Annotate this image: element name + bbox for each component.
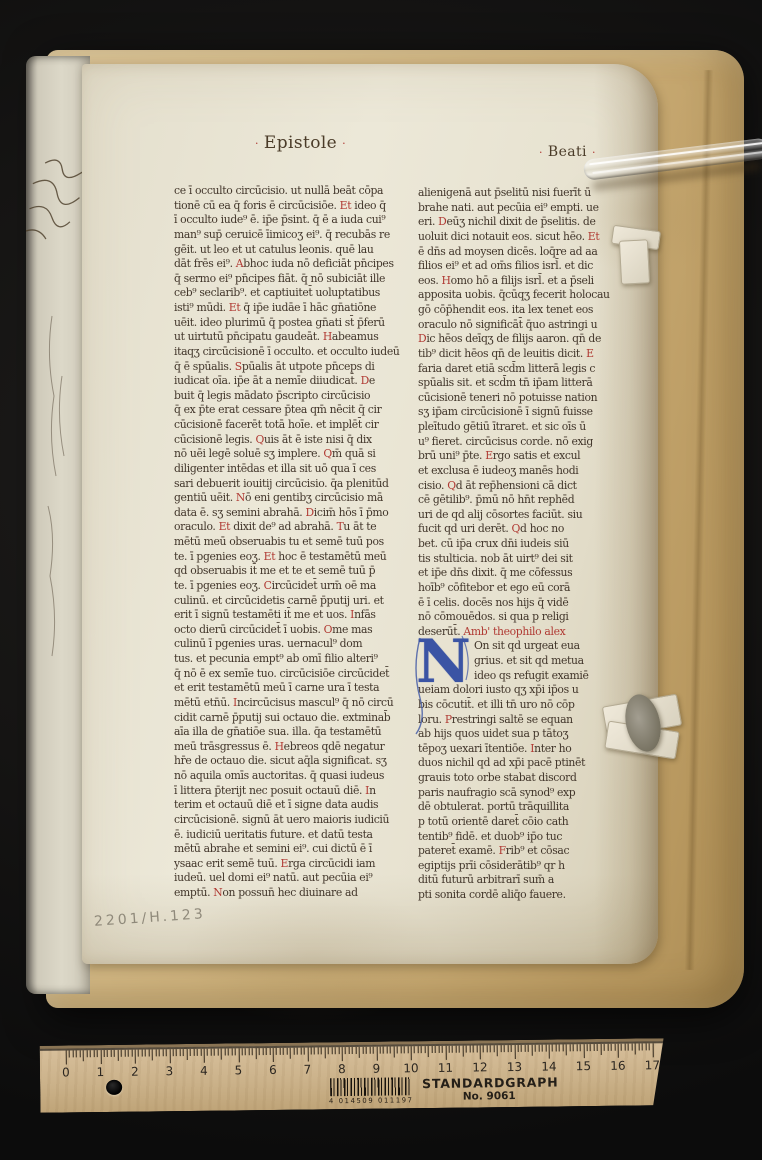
body-text: oraculo. xyxy=(174,520,219,533)
ruler-tick xyxy=(631,1044,632,1051)
manuscript-line: cisio. Qd āt rep̄hensioni cā dict xyxy=(418,479,646,494)
ruler-tick xyxy=(259,1048,260,1055)
ruler-tick xyxy=(117,1050,118,1061)
ruler-tick xyxy=(431,1046,432,1053)
ruler-tick xyxy=(317,1047,318,1054)
ruler-tick xyxy=(476,1045,477,1052)
body-text: fucit qd uri derēt. xyxy=(418,522,512,535)
rubricated-text: Et xyxy=(219,520,231,533)
body-text: rgo satis et excul xyxy=(493,449,581,462)
ruler-tick xyxy=(583,1044,584,1058)
ruler-tick xyxy=(462,1046,463,1057)
ruler-tick xyxy=(169,1049,170,1063)
ruler-tick xyxy=(490,1045,491,1052)
ruler-tick xyxy=(321,1047,322,1054)
ruler-tick xyxy=(283,1048,284,1055)
rubricated-text: Q xyxy=(447,479,456,492)
ruler-tick xyxy=(107,1050,108,1057)
ruler-tick xyxy=(614,1044,615,1051)
ruler-tick xyxy=(604,1044,605,1051)
manuscript-line: ut uirtutū pn̄cipatu gaudeāt. Habeamus xyxy=(174,330,407,345)
rubricated-text: E xyxy=(586,347,594,360)
manuscript-line: hr̄e de octauo die. sicut aq̄la signific… xyxy=(174,754,407,769)
manuscript-line: nō cōmouēdos. si qua p religi xyxy=(418,610,646,625)
ruler-tick xyxy=(238,1048,239,1062)
ruler-tick xyxy=(500,1045,501,1052)
ruler-tick xyxy=(393,1046,394,1057)
body-text: oraculo nō significāt̄ q̄uo astringi u xyxy=(418,318,597,331)
ruler-tick xyxy=(521,1045,522,1052)
rubricated-text: E xyxy=(281,857,289,870)
manuscript-line: uri de qd alij cōsortes faciūt. siu xyxy=(418,508,646,523)
ruler-tick xyxy=(480,1045,481,1059)
ruler-tick xyxy=(483,1045,484,1052)
ruler-tick xyxy=(459,1046,460,1053)
rubricated-text: F xyxy=(499,844,506,857)
ruler-tick xyxy=(597,1044,598,1051)
rubricated-text: H xyxy=(442,274,451,287)
text-column-right: alienigenā aut p̄selitū nisi fuerīt ūbra… xyxy=(418,186,646,918)
body-text: buit q̄ legis mādato p̄scripto circūcisi… xyxy=(174,389,370,402)
manuscript-line: cūcisionē legis. Quis āt ē iste nisi q̄ … xyxy=(174,433,407,448)
ruler-tick xyxy=(148,1049,149,1056)
body-text: ncircūcisus mascul⁹ q̄ nō circū xyxy=(237,696,393,709)
body-text: circūcisionē. signū āt uero maioris iudi… xyxy=(174,813,389,826)
body-text: ceb⁹ seclarib⁹. et captiuitet̄ uoluptati… xyxy=(174,286,380,299)
ruler-tick xyxy=(186,1049,187,1060)
ruler-tick xyxy=(307,1048,308,1062)
ruler-tick xyxy=(511,1045,512,1052)
ruler-tick xyxy=(569,1044,570,1051)
ruler-tick xyxy=(269,1048,270,1055)
manuscript-line: nō uēi legē soluē sʒ implere. Qm̄ quā si xyxy=(174,447,407,462)
body-text: q̄ ip̄e iudāe ī hāc gn̄atiōne xyxy=(240,301,376,314)
ruler-tick xyxy=(76,1050,77,1057)
ruler-tick xyxy=(155,1049,156,1056)
manuscript-line: circūcisionē. signū āt uero maioris iudi… xyxy=(174,813,407,828)
ruler-tick xyxy=(152,1049,153,1060)
body-text: q̄ nō ē ex semīe tuo. circūcisiōe circūc… xyxy=(174,667,389,680)
ruler-tick xyxy=(369,1047,370,1054)
ruler-tick xyxy=(207,1049,208,1056)
ruler-tick xyxy=(607,1044,608,1051)
ruler-tick xyxy=(635,1044,636,1055)
running-title-text: Epistole xyxy=(264,133,337,153)
manuscript-line: emptū. Non possun̄ hec diuinare ad xyxy=(174,886,407,901)
manuscript-line: ysaac erit semē tuū. Erga circūcidi iam xyxy=(174,857,407,872)
ruler-tick xyxy=(455,1046,456,1053)
ruler-cm-number: 10 xyxy=(403,1061,418,1075)
manuscript-line: te. ī pgenies eoʒ. Et hoc ē testamētū me… xyxy=(174,550,407,565)
ruler-tick xyxy=(211,1049,212,1056)
ruler-tick xyxy=(93,1050,94,1057)
ruler-tick xyxy=(280,1048,281,1055)
ruler-tick xyxy=(66,1050,67,1064)
ruler-tick xyxy=(528,1045,529,1052)
ruler-tick xyxy=(493,1045,494,1052)
body-text: cisio. xyxy=(418,479,447,492)
manuscript-line: Dic hēos deīqʒ de filijs aaron. qn̄ de xyxy=(418,332,646,347)
manuscript-line: grius. et sit qd metua xyxy=(474,654,646,669)
body-text: on possun̄ hec diuinare ad xyxy=(222,886,357,899)
manuscript-line: cūcisionē teneri nō potuisse nation xyxy=(418,391,646,406)
body-text: hr̄e de octauo die. sicut aq̄la signific… xyxy=(174,754,387,767)
ruler-tick xyxy=(524,1045,525,1052)
ruler-tick xyxy=(217,1049,218,1056)
manuscript-line: tus. et pecunia empt⁹ ab omī filio alter… xyxy=(174,652,407,667)
ruler-tick xyxy=(286,1048,287,1055)
body-text: loru. xyxy=(418,713,445,726)
ruler-cm-number: 3 xyxy=(166,1064,174,1078)
ruler-tick xyxy=(345,1047,346,1054)
ruler-tick xyxy=(621,1044,622,1051)
manuscript-line: tib⁹ dicit hēos qn̄ de leuitis dicit. E xyxy=(418,347,646,362)
body-text: mētū meū obseruabis tu et semē tuū pos xyxy=(174,535,384,548)
ruler-tick xyxy=(435,1046,436,1053)
ruler-tick xyxy=(311,1047,312,1054)
manuscript-line: cūcisionē facerēt totā hoīe. et implēt̄ … xyxy=(174,418,407,433)
ruler-tick xyxy=(590,1044,591,1051)
body-text: abeamus xyxy=(332,330,378,343)
ruler-tick xyxy=(352,1047,353,1054)
ruler-tick xyxy=(193,1049,194,1056)
manuscript-line: gentiū uēit. Nō eni gentibʒ circūcisio m… xyxy=(174,491,407,506)
body-text: uēit. ideo plurimū q̄ postea gn̄ati st̄ … xyxy=(174,316,385,329)
manuscript-line: hoīb⁹ cōfitebor et ego eū corā xyxy=(418,581,646,596)
ruler-tick xyxy=(135,1050,136,1064)
body-text: ideo qs refugit examiē xyxy=(474,669,589,682)
manuscript-line: diligenter intēdas et illa sit uō qua ī … xyxy=(174,462,407,477)
ruler-tick xyxy=(162,1049,163,1056)
rubricated-text: N xyxy=(236,491,245,504)
body-text: qd obseruabis it̄ me et te et semē tuū p… xyxy=(174,564,375,577)
body-text: tus. et pecunia empt⁹ ab omī filio alter… xyxy=(174,652,378,665)
body-text: hoc ē testamētū meū xyxy=(275,550,386,563)
ruler-tick xyxy=(376,1047,377,1061)
ruler-tick xyxy=(176,1049,177,1056)
ruler-tick xyxy=(518,1045,519,1052)
rubricated-text: O xyxy=(324,623,333,636)
ruler-tick xyxy=(452,1046,453,1053)
body-text: pti sonita cordē aliq̄o fauere. xyxy=(418,888,566,901)
manuscript-line: isti⁹ mūdi. Et q̄ ip̄e iudāe ī hāc gn̄at… xyxy=(174,301,407,316)
ruler-cm-number: 13 xyxy=(507,1060,522,1074)
manuscript-line: faria daret etiā scd̄m litterā legis c xyxy=(418,362,646,377)
body-text: uis āt ē iste nisi q̄ dix xyxy=(264,433,372,446)
manuscript-line: brahe nati. aut pecūia ei⁹ empti. ue xyxy=(418,201,646,216)
ruler-tick xyxy=(366,1047,367,1054)
manuscript-line: ē ī celis. docēs nos hijs q̄ vidē xyxy=(418,596,646,611)
ruler-tick xyxy=(349,1047,350,1054)
rubricated-text: S xyxy=(235,360,242,373)
body-text: tionē cū ea q̄ foris ē circūcisiōe. xyxy=(174,199,340,212)
ruler-tick xyxy=(531,1045,532,1056)
ruler-tick xyxy=(373,1047,374,1054)
ruler-tick xyxy=(407,1046,408,1053)
body-text: ut uirtutū pn̄cipatu gaudeāt. xyxy=(174,330,323,343)
ruler-tick xyxy=(390,1047,391,1054)
ruler-tick xyxy=(197,1049,198,1056)
ruler-tick xyxy=(104,1050,105,1057)
body-text: hoīb⁹ cōfitebor et ego eū corā xyxy=(418,581,570,594)
ruler-cm-number: 8 xyxy=(338,1062,346,1076)
ruler-tick xyxy=(293,1048,294,1055)
ruler-tick xyxy=(386,1047,387,1054)
manuscript-line: mētū meū obseruabis tu et semē tuū pos xyxy=(174,535,407,550)
ruler-tick xyxy=(355,1047,356,1054)
ruler-tick xyxy=(124,1050,125,1057)
manuscript-line: paris naufragio scā synod⁹ exp xyxy=(418,786,646,801)
body-text: ircūcidet̄ urm̄ oē ma xyxy=(272,579,376,592)
ruler-tick xyxy=(131,1050,132,1057)
ruler-tick xyxy=(190,1049,191,1056)
manuscript-line: man⁹ sup̄ ceruicē īimicoʒ ei⁹. q̄ recubā… xyxy=(174,228,407,243)
ruler-tick xyxy=(97,1050,98,1057)
ruler-tick xyxy=(79,1050,80,1057)
body-text: omo hō a filijs isrl̄. et a p̄seli xyxy=(451,274,594,287)
ruler-tick xyxy=(145,1050,146,1057)
body-text: erit ī signū testamēti it̄ me et uos. xyxy=(174,608,350,621)
manuscript-line: q̄ nō ē ex semīe tuo. circūcisiōe circūc… xyxy=(174,667,407,682)
body-text: brū uni⁹ p̄te. xyxy=(418,449,485,462)
manuscript-line: eos. Homo hō a filijs isrl̄. et a p̄seli xyxy=(418,274,646,289)
body-text: bhoc iuda nō deficiāt pn̄cipes xyxy=(243,257,393,270)
manuscript-line: tentib⁹ fidē. et duob⁹ ip̄o tuc xyxy=(418,830,646,845)
body-text: On sit qd urgeat eua xyxy=(474,639,580,652)
ruler-tick xyxy=(73,1050,74,1057)
text-column-left: ce ī occulto circūcisio. ut nullā beāt c… xyxy=(174,184,407,906)
manuscript-line: egiptijs prīi cōsiderātib⁹ qr h xyxy=(418,859,646,874)
ruler: 01234567891011121314151617 4 014509 0111… xyxy=(40,1038,665,1113)
body-text: ideo q̄ xyxy=(351,199,386,212)
body-text: bet. cū ip̄a crux dn̄i iudeis siū xyxy=(418,537,569,550)
body-text: terim et octauū diē et ī signe data audi… xyxy=(174,798,378,811)
body-text: et erit testamētū meū ī carne ura ī test… xyxy=(174,681,379,694)
body-text: data ē. sʒ semini abrahā. xyxy=(174,506,305,519)
manuscript-line: culinū. et circūcidetis carnē p̄putij ur… xyxy=(174,594,407,609)
body-text: diligenter intēdas et illa sit uō qua ī … xyxy=(174,462,376,475)
body-text: nō uēi legē soluē sʒ implere. xyxy=(174,447,323,460)
ruler-tick xyxy=(600,1044,601,1055)
ruler-tick xyxy=(173,1049,174,1056)
rubricated-text: Et xyxy=(229,301,241,314)
rubricated-text: D xyxy=(305,506,313,519)
body-text: tēpoʒ uexari ītentiōe. xyxy=(418,742,530,755)
body-text: pateret̄ examē. xyxy=(418,844,499,857)
ruler-tick xyxy=(428,1046,429,1057)
manuscript-line: et ip̄e dn̄s dixit. q̄ me cōfessus xyxy=(418,566,646,581)
body-text: u āt te xyxy=(343,520,376,533)
photo-backdrop: ·Epistole· ·Beati· ce ī occulto circūcis… xyxy=(0,0,762,1160)
ruler-tick xyxy=(421,1046,422,1053)
body-text: paris naufragio scā synod⁹ exp xyxy=(418,786,575,799)
body-text: ce ī occulto circūcisio. ut nullā beāt c… xyxy=(174,184,383,197)
manuscript-line: dē obtulerat. portū trāquillita xyxy=(418,800,646,815)
ruler-tick xyxy=(224,1049,225,1056)
body-text: apposita uobis. q̄cūqʒ fecerit holocau xyxy=(418,288,610,301)
ruler-tick xyxy=(266,1048,267,1055)
body-text: nfās xyxy=(354,608,376,621)
manuscript-line: aīa illa de gn̄atiōe sua. illa. q̄a test… xyxy=(174,725,407,740)
ruler-tick xyxy=(566,1044,567,1055)
manuscript-line: gēit. ut leo et ut catulus leonis. quē l… xyxy=(174,243,407,258)
manuscript-line: sari debuerit iouitij circūcisio. q̄a pl… xyxy=(174,477,407,492)
rubricated-text: P xyxy=(445,713,452,726)
ruler-tick xyxy=(556,1044,557,1051)
body-text: uoluit dici notauit eos. sicut hēo. xyxy=(418,230,588,243)
ruler-cm-number: 4 xyxy=(200,1064,208,1078)
ruler-tick xyxy=(335,1047,336,1054)
ruler-tick xyxy=(424,1046,425,1053)
manuscript-line: spūalis sit. et scd̄m tn̄ ip̄am litterā xyxy=(418,376,646,391)
ruler-tick xyxy=(552,1045,553,1052)
ruler-tick xyxy=(445,1046,446,1060)
body-text: et ip̄e dn̄s dixit. q̄ me cōfessus xyxy=(418,566,572,579)
ruler-tick xyxy=(128,1050,129,1057)
manuscript-line: uēit. ideo plurimū q̄ postea gn̄ati st̄ … xyxy=(174,316,407,331)
ruler-tick xyxy=(638,1043,639,1050)
body-text: icim̄ hōs ī p̄mo xyxy=(314,506,389,519)
ruler-tick xyxy=(397,1046,398,1053)
body-text: dāt frēs ei⁹. xyxy=(174,257,236,270)
rubricated-text: Et xyxy=(588,230,600,243)
ruler-tick xyxy=(86,1050,87,1057)
ruler-cm-number: 2 xyxy=(131,1065,139,1079)
manuscript-line: meū trāsgressus ē. Hebreos qdē negatur xyxy=(174,740,407,755)
red-paraph-mark: · xyxy=(539,146,543,159)
ruler-tick xyxy=(580,1044,581,1051)
manuscript-line: cidit carnē p̄putij sui octauo die. extm… xyxy=(174,711,407,726)
manuscript-line: gō cōp̄hendit eos. ita lex tenet eos xyxy=(418,303,646,318)
ruler-tick xyxy=(255,1048,256,1059)
running-title-text: Beati xyxy=(548,144,587,160)
body-text: isti⁹ mūdi. xyxy=(174,301,229,314)
manuscript-line: dāt frēs ei⁹. Abhoc iuda nō deficiāt pn̄… xyxy=(174,257,407,272)
ruler-tick xyxy=(180,1049,181,1056)
body-text: cūcisionē facerēt totā hoīe. et implēt̄ … xyxy=(174,418,379,431)
manuscript-line: sʒ ip̄am circūcisionē ī signū fuisse xyxy=(418,405,646,420)
ruler-tick xyxy=(359,1047,360,1058)
body-text: eūʒ nichil dixit de p̄selitis. de xyxy=(446,215,595,228)
body-text: ē dn̄s ad moysen dicēs. loq̄re ad aa xyxy=(418,245,597,258)
parchment-tab-top xyxy=(619,239,650,284)
ruler-tick xyxy=(507,1045,508,1052)
manuscript-line: nō aquila omīs auctoritas. q̄ quasi iude… xyxy=(174,769,407,784)
body-text: cūcisionē teneri nō potuisse nation xyxy=(418,391,597,404)
body-text: itaqʒ circūcisionē ī occulto. et occulto… xyxy=(174,345,400,358)
ruler-tick xyxy=(545,1045,546,1052)
ruler-tick xyxy=(204,1049,205,1063)
body-text: man⁹ sup̄ ceruicē īimicoʒ ei⁹. q̄ recubā… xyxy=(174,228,390,241)
ruler-tick xyxy=(535,1045,536,1052)
body-text: aīa illa de gn̄atiōe sua. illa. q̄a test… xyxy=(174,725,381,738)
body-text: p totū orientē daret̄ cōio cath xyxy=(418,815,568,828)
ruler-tick xyxy=(449,1046,450,1053)
ruler-tick xyxy=(304,1048,305,1055)
ruler-tick xyxy=(83,1050,84,1061)
manuscript-line: qd obseruabis it̄ me et te et semē tuū p… xyxy=(174,564,407,579)
body-text: cē gētilib⁹. p̄mū nō hn̄t rephēd xyxy=(418,493,574,506)
body-text: faria daret etiā scd̄m litterā legis c xyxy=(418,362,595,375)
rubricated-text: Et xyxy=(264,550,276,563)
ruler-tick xyxy=(249,1048,250,1055)
ruler-cm-number: 1 xyxy=(97,1065,105,1079)
marginalia-inscription xyxy=(26,76,90,976)
body-text: spūalis sit. et scd̄m tn̄ ip̄am litterā xyxy=(418,376,592,389)
manuscript-line: oraculo. Et dixit de⁹ ad abrahā. Tu āt t… xyxy=(174,520,407,535)
body-text: tentib⁹ fidē. et duob⁹ ip̄o tuc xyxy=(418,830,562,843)
ruler-scale: 01234567891011121314151617 xyxy=(40,1041,664,1049)
body-text: sari debuerit iouitij circūcisio. q̄a pl… xyxy=(174,477,389,490)
manuscript-line: tis stulticia. nob āt uirt⁹ dei sit xyxy=(418,552,646,567)
ruler-tick xyxy=(549,1045,550,1059)
body-text: q̄ ē spūalis. xyxy=(174,360,235,373)
ruler-tick xyxy=(380,1047,381,1054)
ruler-tick xyxy=(214,1049,215,1056)
ruler-tick xyxy=(300,1048,301,1055)
body-text: dē obtulerat. portū trāquillita xyxy=(418,800,569,813)
manuscript-line: ideo qs refugit examiē xyxy=(474,669,646,684)
ruler-tick xyxy=(611,1044,612,1051)
ruler-cm-number: 17 xyxy=(645,1058,660,1072)
manuscript-line: ē dn̄s ad moysen dicēs. loq̄re ad aa xyxy=(418,245,646,260)
red-paraph-mark: · xyxy=(342,137,346,150)
body-text: ī occulto iude⁹ ē. ip̄e p̄sint. q̄ ē a i… xyxy=(174,213,385,226)
manuscript-line: u⁹ fieret. circūcisus corde. nō exig xyxy=(418,435,646,450)
body-text: sʒ ip̄am circūcisionē ī signū fuisse xyxy=(418,405,593,418)
red-paraph-mark: · xyxy=(592,146,596,159)
ruler-tick xyxy=(538,1045,539,1052)
manuscript-line: ditū futurū arbitrarī sum̄ a xyxy=(418,873,646,888)
manuscript-line: iudeū. uel domi ei⁹ natū. aut pecūia ei⁹ xyxy=(174,871,407,886)
manuscript-line: iudicat oīa. ip̄e āt a nemīe diiudicat̄.… xyxy=(174,374,407,389)
body-text: culinū ī pgenies uras. uernacul⁹ dom xyxy=(174,637,362,650)
body-text: gēit. ut leo et ut catulus leonis. quē l… xyxy=(174,243,373,256)
rubricated-text: E xyxy=(485,449,493,462)
manuscript-line: terim et octauū diē et ī signe data audi… xyxy=(174,798,407,813)
manuscript-line: eri. Deūʒ nichil dixit de p̄selitis. de xyxy=(418,215,646,230)
ruler-tick xyxy=(235,1048,236,1055)
ruler-cm-number: 14 xyxy=(541,1060,556,1074)
ruler-tick xyxy=(559,1044,560,1051)
barcode-digits: 4 014509 011197 xyxy=(322,1096,420,1105)
manuscript-line: buit q̄ legis mādato p̄scripto circūcisi… xyxy=(174,389,407,404)
body-text: ic hēos deīqʒ de filijs aaron. qn̄ de xyxy=(426,332,601,345)
manuscript-line: ceb⁹ seclarib⁹. et captiuitet̄ uoluptati… xyxy=(174,286,407,301)
rubricated-text: H xyxy=(275,740,284,753)
body-text: grius. et sit qd metua xyxy=(474,654,584,667)
body-text: et exclusa ē iudeoʒ manēs hodi xyxy=(418,464,578,477)
body-text: ī littera p̄terijt nec posuit octauū diē… xyxy=(174,784,365,797)
manuscript-line: oraculo nō significāt̄ q̄uo astringi u xyxy=(418,318,646,333)
ruler-tick xyxy=(642,1043,643,1050)
ruler-cm-number: 11 xyxy=(438,1061,453,1075)
ruler-tick xyxy=(276,1048,277,1055)
ruler-tick xyxy=(273,1048,274,1062)
ruler-cm-number: 9 xyxy=(373,1062,381,1076)
ruler-tick xyxy=(121,1050,122,1057)
body-text: u⁹ fieret. circūcisus corde. nō exig xyxy=(418,435,593,448)
manuscript-line: itaqʒ circūcisionē ī occulto. et occulto… xyxy=(174,345,407,360)
body-text: n xyxy=(369,784,376,797)
ruler-cm-number: 15 xyxy=(576,1059,591,1073)
ruler-tick xyxy=(297,1048,298,1055)
ruler-tick xyxy=(418,1046,419,1053)
body-text: nō cōmouēdos. si qua p religi xyxy=(418,610,569,623)
running-title-epistole: ·Epistole· xyxy=(250,133,351,153)
body-text: filios ei⁹ et ad om̄s filios isrl̄. et d… xyxy=(418,259,593,272)
body-text: ebreos qdē negatur xyxy=(284,740,385,753)
